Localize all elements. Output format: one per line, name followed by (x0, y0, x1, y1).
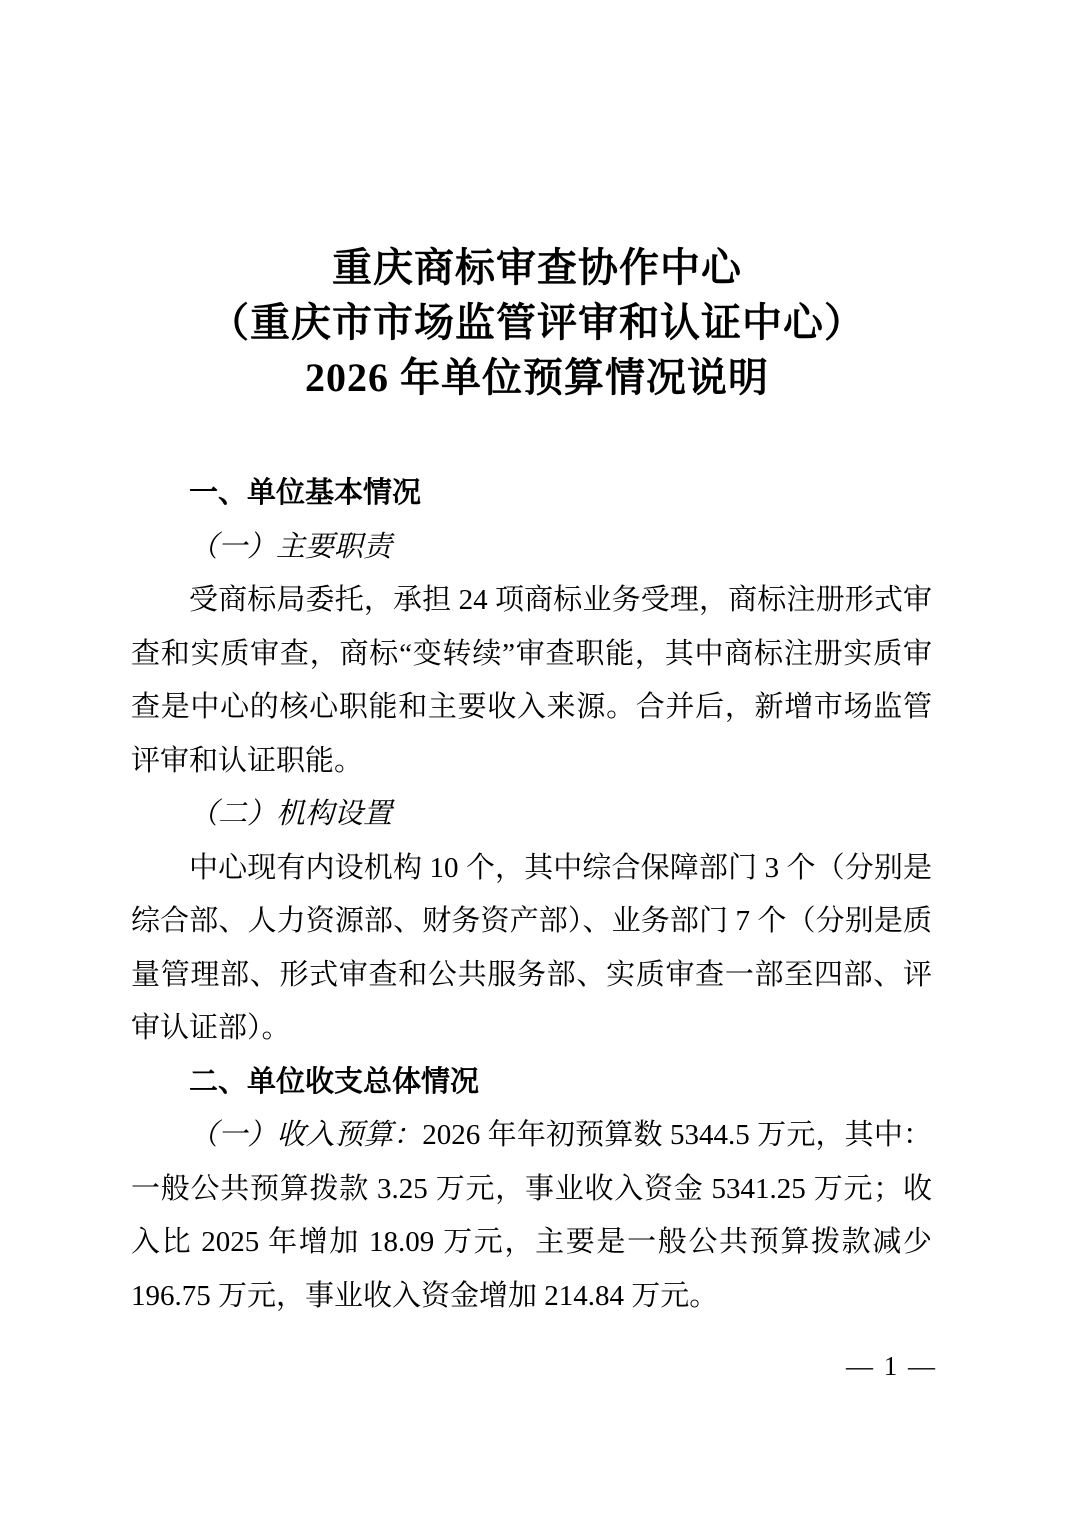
title-line-3: 2026 年单位预算情况说明 (0, 350, 1074, 405)
paragraph-org-structure: 中心现有内设机构 10 个，其中综合保障部门 3 个（分别是综合部、人力资源部、… (131, 842, 932, 1056)
section-heading-budget-overview: 二、单位收支总体情况 (131, 1056, 932, 1110)
subsection-heading-org-structure: （二）机构设置 (131, 788, 932, 842)
title-line-2: （重庆市市场监管评审和认证中心） (0, 295, 1074, 350)
subsection-heading-main-duties: （一）主要职责 (131, 521, 932, 575)
paragraph-main-duties: 受商标局委托，承担 24 项商标业务受理，商标注册形式审查和实质审查，商标“变转… (131, 574, 932, 788)
paragraph-income-budget: （一）收入预算：2026 年年初预算数 5344.5 万元，其中：一般公共预算拨… (131, 1109, 932, 1323)
section-heading-basic-info: 一、单位基本情况 (131, 467, 932, 521)
income-budget-lead: （一）收入预算： (189, 1119, 422, 1151)
page-number: — 1 — (846, 1350, 937, 1382)
document-title: 重庆商标审查协作中心 （重庆市市场监管评审和认证中心） 2026 年单位预算情况… (0, 240, 1074, 405)
document-body: 一、单位基本情况 （一）主要职责 受商标局委托，承担 24 项商标业务受理，商标… (131, 467, 932, 1323)
title-line-1: 重庆商标审查协作中心 (0, 240, 1074, 295)
document-page: 重庆商标审查协作中心 （重庆市市场监管评审和认证中心） 2026 年单位预算情况… (0, 0, 1074, 1520)
